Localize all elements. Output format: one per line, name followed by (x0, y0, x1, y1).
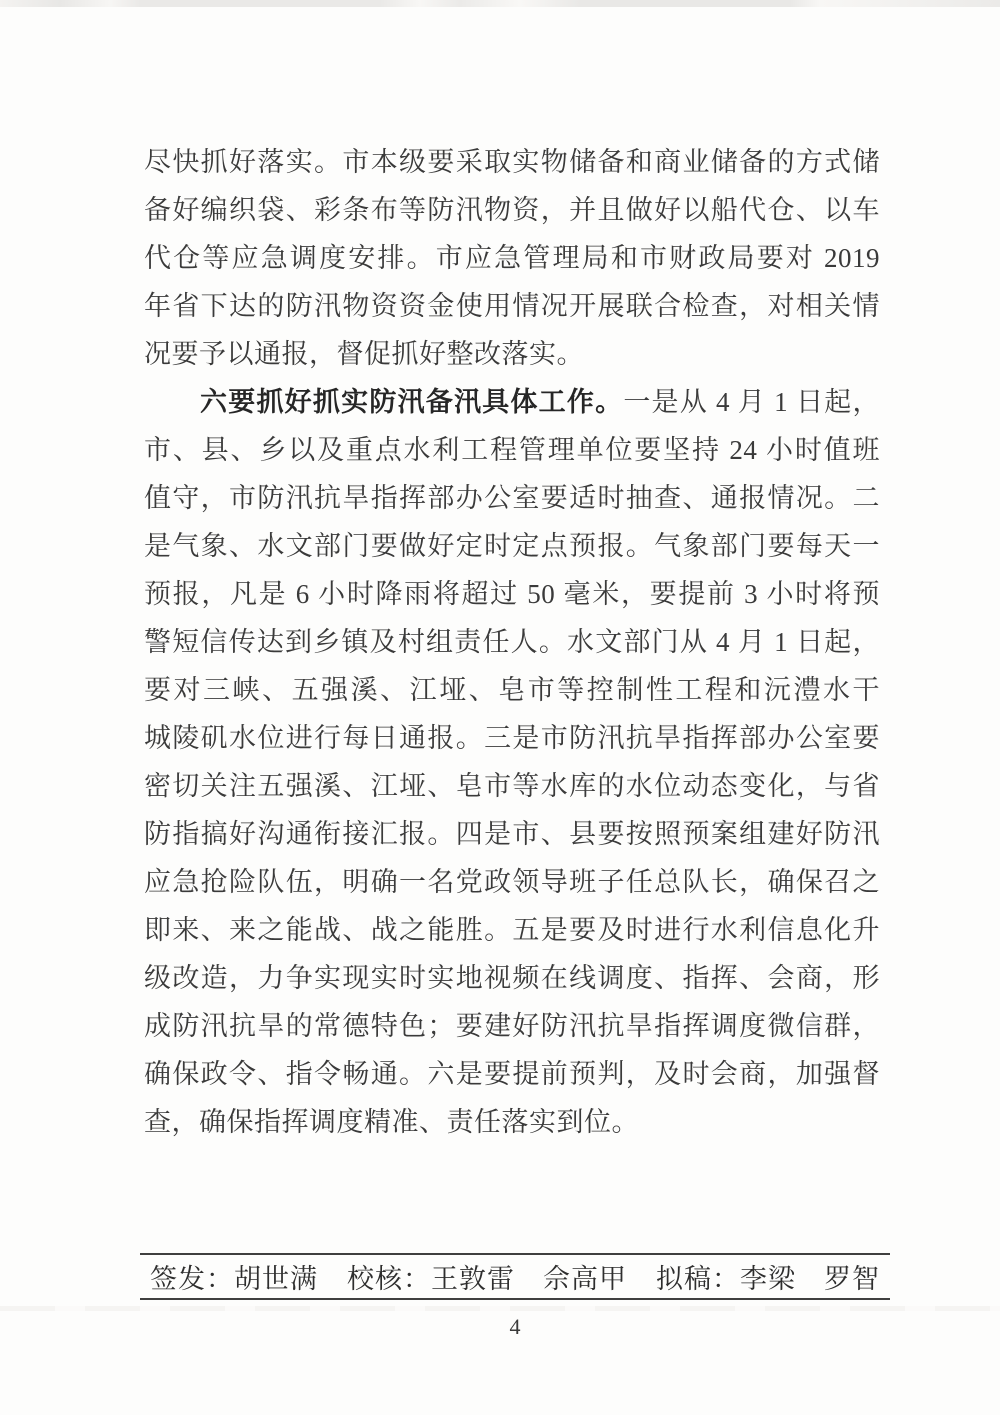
text-line-rest: 一是从 4 月 1 日起， (623, 387, 880, 417)
text-line: 尽快抓好落实。市本级要采取实物储备和商业储备的方式储 (144, 138, 880, 186)
text-line: 市、县、乡以及重点水利工程管理单位要坚持 24 小时值班 (144, 426, 880, 474)
text-line: 值守，市防汛抗旱指挥部办公室要适时抽查、通报情况。二 (144, 474, 880, 522)
bold-lead-phrase: 六要抓好抓实防汛备汛具体工作。 (200, 387, 623, 417)
document-page: 尽快抓好落实。市本级要采取实物储备和商业储备的方式储 备好编织袋、彩条布等防汛物… (0, 0, 1000, 1415)
scan-edge-artifact (0, 0, 1000, 7)
text-line: 备好编织袋、彩条布等防汛物资，并且做好以船代仓、以车 (144, 186, 880, 234)
signoff-drafters: 拟稿：李梁 罗智 (656, 1257, 880, 1296)
page-number: 4 (140, 1314, 890, 1340)
text-line: 即来、来之能战、战之能胜。五是要及时进行水利信息化升 (144, 906, 880, 954)
scan-band-artifact (0, 1306, 1000, 1311)
text-line: 防指搞好沟通衔接汇报。四是市、县要按照预案组建好防汛 (144, 810, 880, 858)
text-line-paragraph-start: 六要抓好抓实防汛备汛具体工作。一是从 4 月 1 日起， (144, 378, 880, 426)
text-line: 应急抢险队伍，明确一名党政领导班子任总队长，确保召之 (144, 858, 880, 906)
text-line: 密切关注五强溪、江垭、皂市等水库的水位动态变化，与省 (144, 762, 880, 810)
text-line: 级改造，力争实现实时实地视频在线调度、指挥、会商，形 (144, 954, 880, 1002)
text-line: 确保政令、指令畅通。六是要提前预判，及时会商，加强督 (144, 1050, 880, 1098)
text-line: 要对三峡、五强溪、江垭、皂市等控制性工程和沅澧水干流、 (144, 666, 880, 714)
text-line: 是气象、水文部门要做好定时定点预报。气象部门要每天一 (144, 522, 880, 570)
signoff-issuer: 签发：胡世满 (150, 1257, 318, 1296)
text-line: 年省下达的防汛物资资金使用情况开展联合检查，对相关情 (144, 282, 880, 330)
signoff-block: 签发：胡世满 校核：王敦雷 佘高甲 拟稿：李梁 罗智 (140, 1253, 890, 1300)
text-line: 城陵矶水位进行每日通报。三是市防汛抗旱指挥部办公室要 (144, 714, 880, 762)
text-line: 预报，凡是 6 小时降雨将超过 50 毫米，要提前 3 小时将预 (144, 570, 880, 618)
signoff-proofreaders: 校核：王敦雷 佘高甲 (347, 1257, 627, 1296)
text-line: 况要予以通报，督促抓好整改落实。 (144, 330, 880, 378)
text-line: 查，确保指挥调度精准、责任落实到位。 (144, 1098, 880, 1146)
body-text: 尽快抓好落实。市本级要采取实物储备和商业储备的方式储 备好编织袋、彩条布等防汛物… (144, 138, 880, 1146)
text-line: 成防汛抗旱的常德特色；要建好防汛抗旱指挥调度微信群， (144, 1002, 880, 1050)
text-line: 代仓等应急调度安排。市应急管理局和市财政局要对 2019 (144, 234, 880, 282)
text-line: 警短信传达到乡镇及村组责任人。水文部门从 4 月 1 日起， (144, 618, 880, 666)
